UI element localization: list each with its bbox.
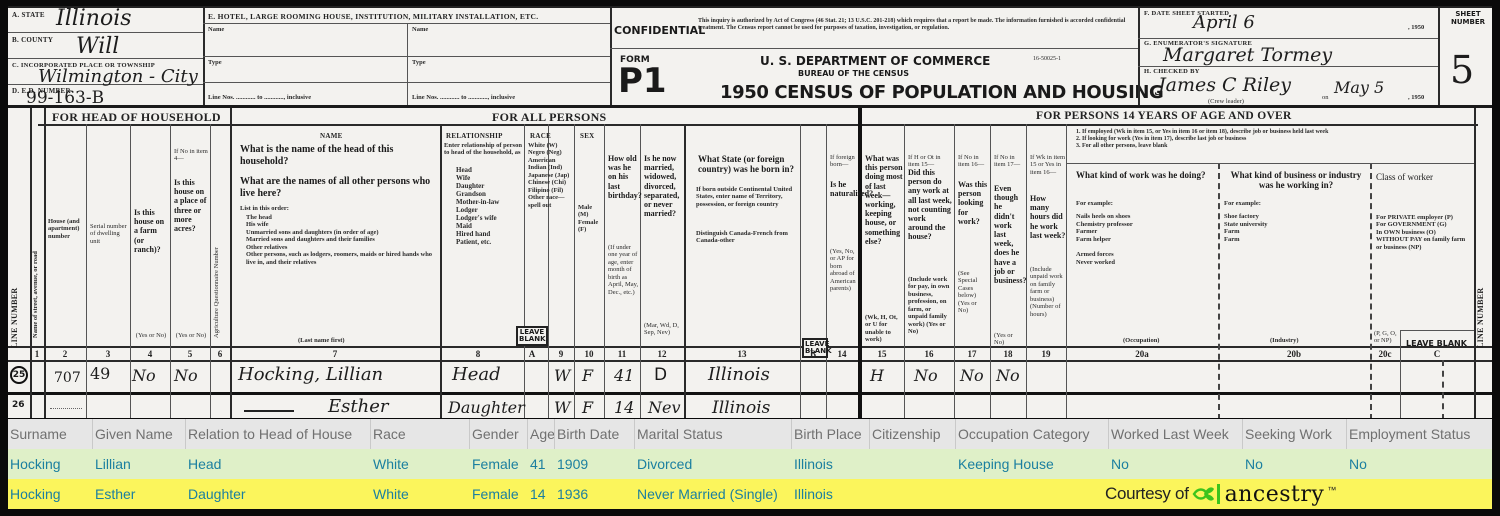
col17-note: (See Special Cases below) (Yes or No)	[958, 270, 988, 315]
header-birth-place[interactable]: Birth Place	[792, 419, 870, 449]
header-relation[interactable]: Relation to Head of House	[186, 419, 371, 449]
header-race[interactable]: Race	[371, 419, 470, 449]
cell-marital-status[interactable]: Never Married (Single)	[635, 479, 792, 509]
col14-pre: If foreign born—	[830, 154, 858, 169]
trademark-mark: ™	[1327, 485, 1336, 495]
header-employment-status[interactable]: Employment Status	[1347, 419, 1492, 449]
col16-work-header: Did this person do any work at all last …	[908, 168, 952, 242]
row26-surname-dash	[244, 410, 294, 412]
cell-marital-status[interactable]: Divorced	[635, 449, 792, 479]
col20a-examples: For example: Nails heels on shoes Chemis…	[1076, 200, 1216, 266]
colnum-8: 8	[440, 349, 516, 359]
sheet-number-label: SHEET NUMBER	[1448, 10, 1488, 26]
cell-worked-last-week[interactable]: No	[1109, 449, 1243, 479]
col7-note: (Last name first)	[298, 337, 345, 344]
state-value: Illinois	[56, 6, 132, 31]
row25-birthplace: Illinois	[708, 364, 770, 385]
colnum-5: 5	[170, 349, 210, 359]
county-value: Will	[76, 34, 119, 59]
cell-employment-status[interactable]: No	[1347, 449, 1492, 479]
col7-order-list: The head His wife Unmarried sons and dau…	[246, 214, 436, 266]
cell-gender[interactable]: Female	[470, 479, 528, 509]
line-number-label-left: LINE NUMBER	[10, 258, 19, 348]
cell-relation[interactable]: Head	[186, 449, 371, 479]
col15-note: (Wk, H, Ot, or U for unable to work)	[865, 314, 903, 344]
line-number-25: 25	[10, 366, 28, 384]
col10-text: Male (M) Female (F)	[578, 204, 602, 234]
cell-occupation-category[interactable]: Keeping House	[956, 449, 1109, 479]
row25-sex: F	[582, 366, 593, 385]
header-citizenship[interactable]: Citizenship	[870, 419, 956, 449]
col13-note2: Distinguish Canada-French from Canada-ot…	[696, 230, 798, 245]
colnum-c: C	[1400, 349, 1474, 359]
colnum-7: 7	[230, 349, 440, 359]
row25-race: W	[554, 366, 570, 385]
census-title: 1950 CENSUS OF POPULATION AND HOUSING	[720, 82, 1163, 103]
line-nos-label-2: Line Nos. ............ to ............, …	[412, 94, 515, 101]
colnum-17: 17	[954, 349, 990, 359]
ancestry-wordmark: ancestry	[1225, 482, 1325, 507]
checked-date: May 5	[1334, 78, 1384, 97]
cell-age[interactable]: 14	[528, 479, 555, 509]
col8-text: Enter relationship of person to head of …	[444, 142, 522, 157]
header-gender[interactable]: Gender	[470, 419, 528, 449]
colnum-19: 19	[1026, 349, 1066, 359]
col5-acres-header: Is this house on a place of three or mor…	[174, 178, 208, 233]
ancestry-courtesy-badge: Courtesy of ancestry ™	[1105, 479, 1336, 509]
line-number-label-right: LINE NUMBER	[1476, 258, 1485, 348]
col19-note: (Include unpaid work on family farm or b…	[1030, 266, 1066, 318]
colnum-15: 15	[860, 349, 904, 359]
row26-birthplace: Illinois	[712, 398, 770, 418]
colnum-14: 14	[826, 349, 858, 359]
col20b-industry-header: What kind of business or industry was he…	[1224, 170, 1368, 191]
col12-note: (Mar, Wd, D, Sep, Nev)	[644, 322, 684, 337]
colnum-1: 1	[30, 349, 44, 359]
col18-note: (Yes or No)	[994, 332, 1024, 347]
colnum-12: 12	[640, 349, 684, 359]
ed-number-value: 99-163-B	[26, 88, 104, 108]
header-surname[interactable]: Surname	[8, 419, 93, 449]
institution-label: e. HOTEL, LARGE ROOMING HOUSE, INSTITUTI…	[208, 12, 538, 21]
header-birth-date[interactable]: Birth Date	[555, 419, 635, 449]
index-header-row: Surname Given Name Relation to Head of H…	[8, 419, 1492, 449]
cell-surname[interactable]: Hocking	[8, 449, 93, 479]
row26-age: 14	[614, 398, 634, 417]
cell-gender[interactable]: Female	[470, 449, 528, 479]
transcription-index-table: Surname Given Name Relation to Head of H…	[8, 419, 1492, 509]
row25-marital: D	[654, 365, 667, 385]
colnum-9: 9	[548, 349, 574, 359]
cell-birth-place[interactable]: Illinois	[792, 449, 870, 479]
cell-birth-date[interactable]: 1909	[555, 449, 635, 479]
col14-naturalized-header: Is he naturalized?	[830, 180, 858, 198]
row25-serial: 49	[90, 364, 110, 383]
col20a-occupation-header: What kind of work was he doing?	[1076, 170, 1216, 180]
col5-pre: If No in item 4—	[174, 148, 208, 163]
col12-marital-header: Is he now married, widowed, divorced, se…	[644, 154, 684, 218]
confidential-notice: This inquiry is authorized by Act of Con…	[698, 18, 1128, 32]
institution-type-label-2: Type	[412, 59, 426, 66]
cell-race[interactable]: White	[371, 479, 470, 509]
row25-farm: No	[132, 366, 156, 385]
col17-looking-header: Was this person looking for work?	[958, 180, 988, 226]
checked-on-label: on	[1322, 94, 1329, 101]
col7-title: NAME	[320, 132, 343, 140]
col9-title: RACE	[530, 132, 551, 140]
colnum-2: 2	[44, 349, 86, 359]
place-value: Wilmington - City	[38, 66, 198, 87]
confidential-label: CONFIDENTIAL	[614, 24, 705, 37]
col7-question2: What are the names of all other persons …	[240, 176, 436, 199]
bureau-title: BUREAU OF THE CENSUS	[798, 69, 909, 78]
header-worked-last-week[interactable]: Worked Last Week	[1109, 419, 1243, 449]
cell-birth-date[interactable]: 1936	[555, 479, 635, 509]
col4-note: (Yes or No)	[134, 332, 168, 339]
cell-given-name[interactable]: Lillian	[93, 449, 186, 479]
courtesy-text: Courtesy of	[1105, 484, 1189, 504]
col16-pre: If H or Ot in item 15—	[908, 154, 952, 169]
colnum-4: 4	[130, 349, 170, 359]
colnum-10: 10	[574, 349, 604, 359]
cell-seeking-work[interactable]: No	[1243, 449, 1347, 479]
col11-note: (If under one year of age, enter month o…	[608, 244, 640, 296]
col19-pre: If Wk in item 15 or Yes in item 16—	[1030, 154, 1066, 176]
line-nos-label-1: Line Nos. ............ to ............, …	[208, 94, 311, 101]
row25-activity: H	[870, 366, 884, 385]
colnum-6: 6	[210, 349, 230, 359]
col13-birthplace-header: What State (or foreign country) was he b…	[698, 154, 798, 175]
row25-has-job: No	[996, 366, 1020, 385]
row25-looking: No	[960, 366, 984, 385]
col20b-examples: For example: Shoe factory State universi…	[1224, 200, 1364, 243]
leave-blank-c: LEAVE BLANK	[1406, 339, 1467, 348]
header-given-name[interactable]: Given Name	[93, 419, 186, 449]
header-seeking-work[interactable]: Seeking Work	[1243, 419, 1347, 449]
col20-instructions: 1. If employed (Wk in item 15, or Yes in…	[1076, 129, 1466, 150]
row25-acres: No	[174, 366, 198, 385]
row26-sex: F	[582, 398, 593, 417]
row25-any-work: No	[914, 366, 938, 385]
col10-title: SEX	[580, 132, 595, 140]
department-title: U. S. DEPARTMENT OF COMMERCE	[760, 54, 990, 68]
col11-age-header: How old was he on his last birthday?	[608, 154, 640, 200]
colnum-11: 11	[604, 349, 640, 359]
colnum-13: 13	[684, 349, 800, 359]
col19-hours-header: How many hours did he work last week?	[1030, 194, 1066, 240]
row26-house-dots	[50, 408, 82, 409]
date-started-value: April 6	[1193, 12, 1255, 33]
col13-note1: If born outside Continental United State…	[696, 186, 798, 208]
institution-name-label-1: Name	[208, 26, 224, 33]
col16-note: (Include work for pay, in own business, …	[908, 276, 952, 336]
form-number: P1	[618, 64, 667, 98]
institution-name-label-2: Name	[412, 26, 428, 33]
colnum-a: A	[516, 349, 548, 359]
col7-question1: What is the name of the head of this hou…	[240, 144, 436, 167]
institution-type-label-1: Type	[208, 59, 222, 66]
census-scan-image: a. STATE Illinois b. COUNTY Will c. INCO…	[8, 6, 1492, 418]
leave-blank-a: LEAVE BLANK	[516, 326, 548, 346]
colnum-20a: 20a	[1066, 349, 1218, 359]
row25-name: Hocking, Lillian	[238, 364, 383, 385]
col20b-note: (Industry)	[1270, 337, 1299, 344]
col1-street-header: Name of street, avenue, or road	[32, 198, 39, 338]
form-code: 16-50025-1	[1033, 56, 1061, 63]
date-year: , 1950	[1408, 24, 1424, 31]
col14-note: (Yes, No, or AP for born abroad of Ameri…	[830, 248, 858, 293]
crew-leader-label: (Crew leader)	[1208, 98, 1244, 105]
colnum-16: 16	[904, 349, 954, 359]
cell-age[interactable]: 41	[528, 449, 555, 479]
enumerator-signature: Margaret Tormey	[1163, 44, 1332, 66]
colnum-3: 3	[86, 349, 130, 359]
census-record-viewer: a. STATE Illinois b. COUNTY Will c. INCO…	[0, 0, 1500, 516]
col9-list: White (W) Negro (Neg) American Indian (I…	[528, 142, 572, 209]
row26-race: W	[554, 398, 570, 417]
line-number-26: 26	[12, 400, 25, 410]
section-persons-14-over: FOR PERSONS 14 YEARS OF AGE AND OVER	[1036, 110, 1292, 122]
cell-surname[interactable]: Hocking	[8, 479, 93, 509]
row26-name: Esther	[328, 396, 388, 417]
header-occupation-category[interactable]: Occupation Category	[956, 419, 1109, 449]
col5-note: (Yes or No)	[174, 332, 208, 339]
cell-race[interactable]: White	[371, 449, 470, 479]
cell-given-name[interactable]: Esther	[93, 479, 186, 509]
header-age[interactable]: Age	[528, 419, 555, 449]
col20c-note: (P, G, O, or NP)	[1374, 330, 1400, 345]
cell-citizenship[interactable]	[870, 449, 956, 479]
colnum-18: 18	[990, 349, 1026, 359]
row25-relationship: Head	[452, 364, 501, 385]
index-row-lillian[interactable]: Hocking Lillian Head White Female 41 190…	[8, 449, 1492, 479]
col20c-list: For PRIVATE employer (P) For GOVERNMENT …	[1376, 214, 1472, 251]
col18-job-header: Even though he didn't work last week, do…	[994, 184, 1024, 285]
ancestry-leaf-icon	[1192, 483, 1222, 505]
county-label: b. COUNTY	[12, 36, 53, 44]
row25-house-number: 707	[54, 370, 81, 386]
colnum-b: B	[800, 349, 826, 359]
col8-title: RELATIONSHIP	[446, 132, 503, 140]
row26-marital: Nev	[648, 398, 681, 417]
col20a-note: (Occupation)	[1123, 337, 1159, 344]
colnum-20b: 20b	[1218, 349, 1370, 359]
col18-pre: If No in item 17—	[994, 154, 1024, 169]
col7-list-title: List in this order:	[240, 205, 289, 212]
col2-house-number-header: House (and apartment) number	[48, 218, 84, 240]
col8-list: Head Wife Daughter Grandson Mother-in-la…	[456, 166, 522, 246]
col17-pre: If No in item 16—	[958, 154, 988, 169]
col4-farm-header: Is this house on a farm (or ranch)?	[134, 208, 168, 254]
col6-agri-header: Agriculture Questionnaire Number	[213, 218, 220, 338]
sheet-number-value: 5	[1450, 48, 1474, 92]
cell-relation[interactable]: Daughter	[186, 479, 371, 509]
col20c-class-header: Class of worker	[1376, 172, 1472, 182]
colnum-20c: 20c	[1370, 349, 1400, 359]
state-label: a. STATE	[12, 11, 45, 19]
cell-birth-place[interactable]: Illinois	[792, 479, 870, 509]
header-marital-status[interactable]: Marital Status	[635, 419, 792, 449]
row25-age: 41	[614, 366, 634, 385]
section-head-of-household: FOR HEAD OF HOUSEHOLD	[52, 110, 221, 125]
checked-by-value: James C Riley	[1158, 74, 1291, 96]
col15-activity-header: What was this person doing most of last …	[865, 154, 903, 246]
section-all-persons: FOR ALL PERSONS	[492, 110, 607, 125]
row26-relationship: Daughter	[448, 398, 525, 417]
col3-serial-header: Serial number of dwelling unit	[90, 223, 128, 245]
checked-year: , 1950	[1408, 94, 1424, 101]
